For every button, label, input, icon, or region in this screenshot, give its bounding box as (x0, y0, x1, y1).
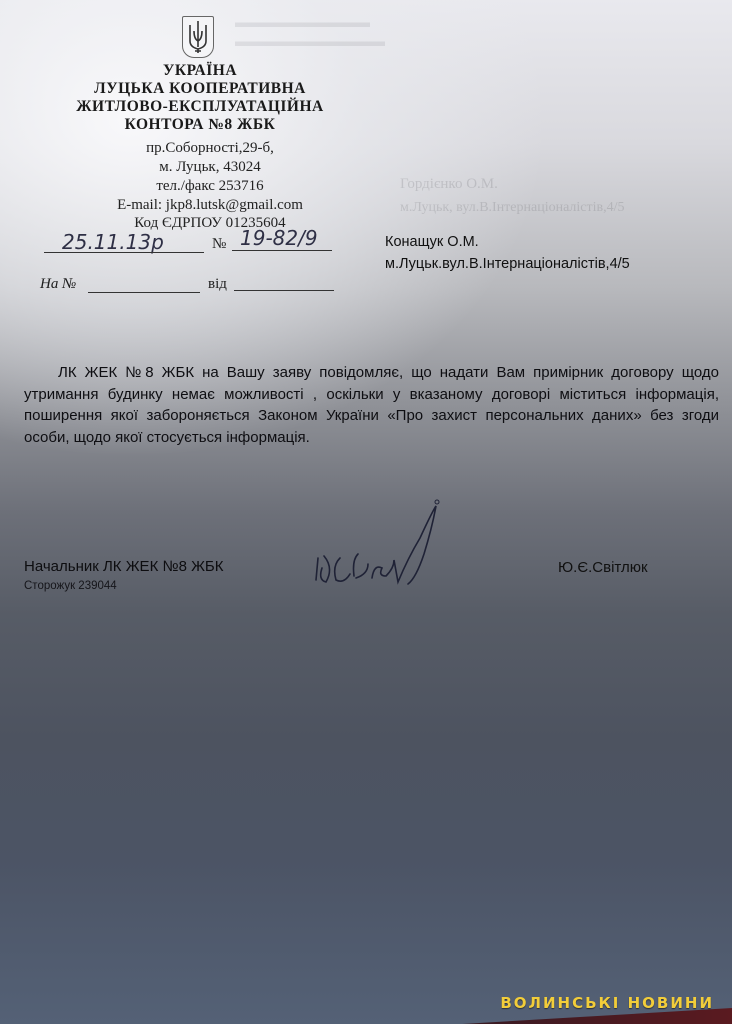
trident-coat-of-arms-icon (182, 16, 214, 58)
address-phone: тел./факс 253716 (70, 178, 350, 195)
show-through-recipient-address: м.Луцьк, вул.В.Інтернаціоналістів,4/5 (400, 200, 625, 216)
handwritten-signature (312, 498, 452, 598)
number-line (232, 250, 332, 251)
org-line-name-2: ЖИТЛОВО-ЕКСПЛУАТАЦІЙНА (50, 98, 350, 116)
show-through-header: ▬▬▬▬▬▬▬▬▬▬▬▬▬▬▬▬▬▬▬ (235, 14, 385, 52)
letter-page: Гордієнко О.М. м.Луцьк, вул.В.Інтернаціо… (0, 0, 732, 1024)
source-watermark: ВОЛИНСЬКІ НОВИНИ (500, 994, 714, 1012)
signatory-title: Начальник ЛК ЖЕК №8 ЖБК (24, 558, 224, 575)
address-city: м. Луцьк, 43024 (70, 159, 350, 176)
address-email: E-mail: jkp8.lutsk@gmail.com (70, 197, 350, 214)
recipient-name: Конащук О.М. (385, 234, 479, 250)
address-street: пр.Соборності,29-б, (70, 140, 350, 157)
outgoing-number-label: № (212, 236, 226, 253)
body-paragraph: ЛК ЖЕК №8 ЖБК на Вашу заяву повідомляє, … (24, 362, 719, 448)
outgoing-number: 19-82/9 (240, 226, 318, 250)
reference-date-label: від (208, 276, 227, 293)
outgoing-date: 25.11.13р (62, 230, 164, 254)
reference-number-line (88, 292, 200, 293)
org-line-name-3: КОНТОРА №8 ЖБК (50, 116, 350, 134)
signatory-name: Ю.Є.Світлюк (558, 559, 648, 576)
date-line (44, 252, 204, 253)
recipient-address: м.Луцьк.вул.В.Інтернаціоналістів,4/5 (385, 256, 630, 272)
show-through-recipient-name: Гордієнко О.М. (400, 176, 498, 193)
reference-date-line (234, 290, 334, 291)
org-line-country: УКРАЇНА (50, 62, 350, 80)
letter-body: ЛК ЖЕК №8 ЖБК на Вашу заяву повідомляє, … (24, 362, 719, 448)
org-line-name-1: ЛУЦЬКА КООПЕРАТИВНА (50, 80, 350, 98)
reference-number-label: На № (40, 276, 76, 293)
executor-contact: Сторожук 239044 (24, 580, 117, 592)
